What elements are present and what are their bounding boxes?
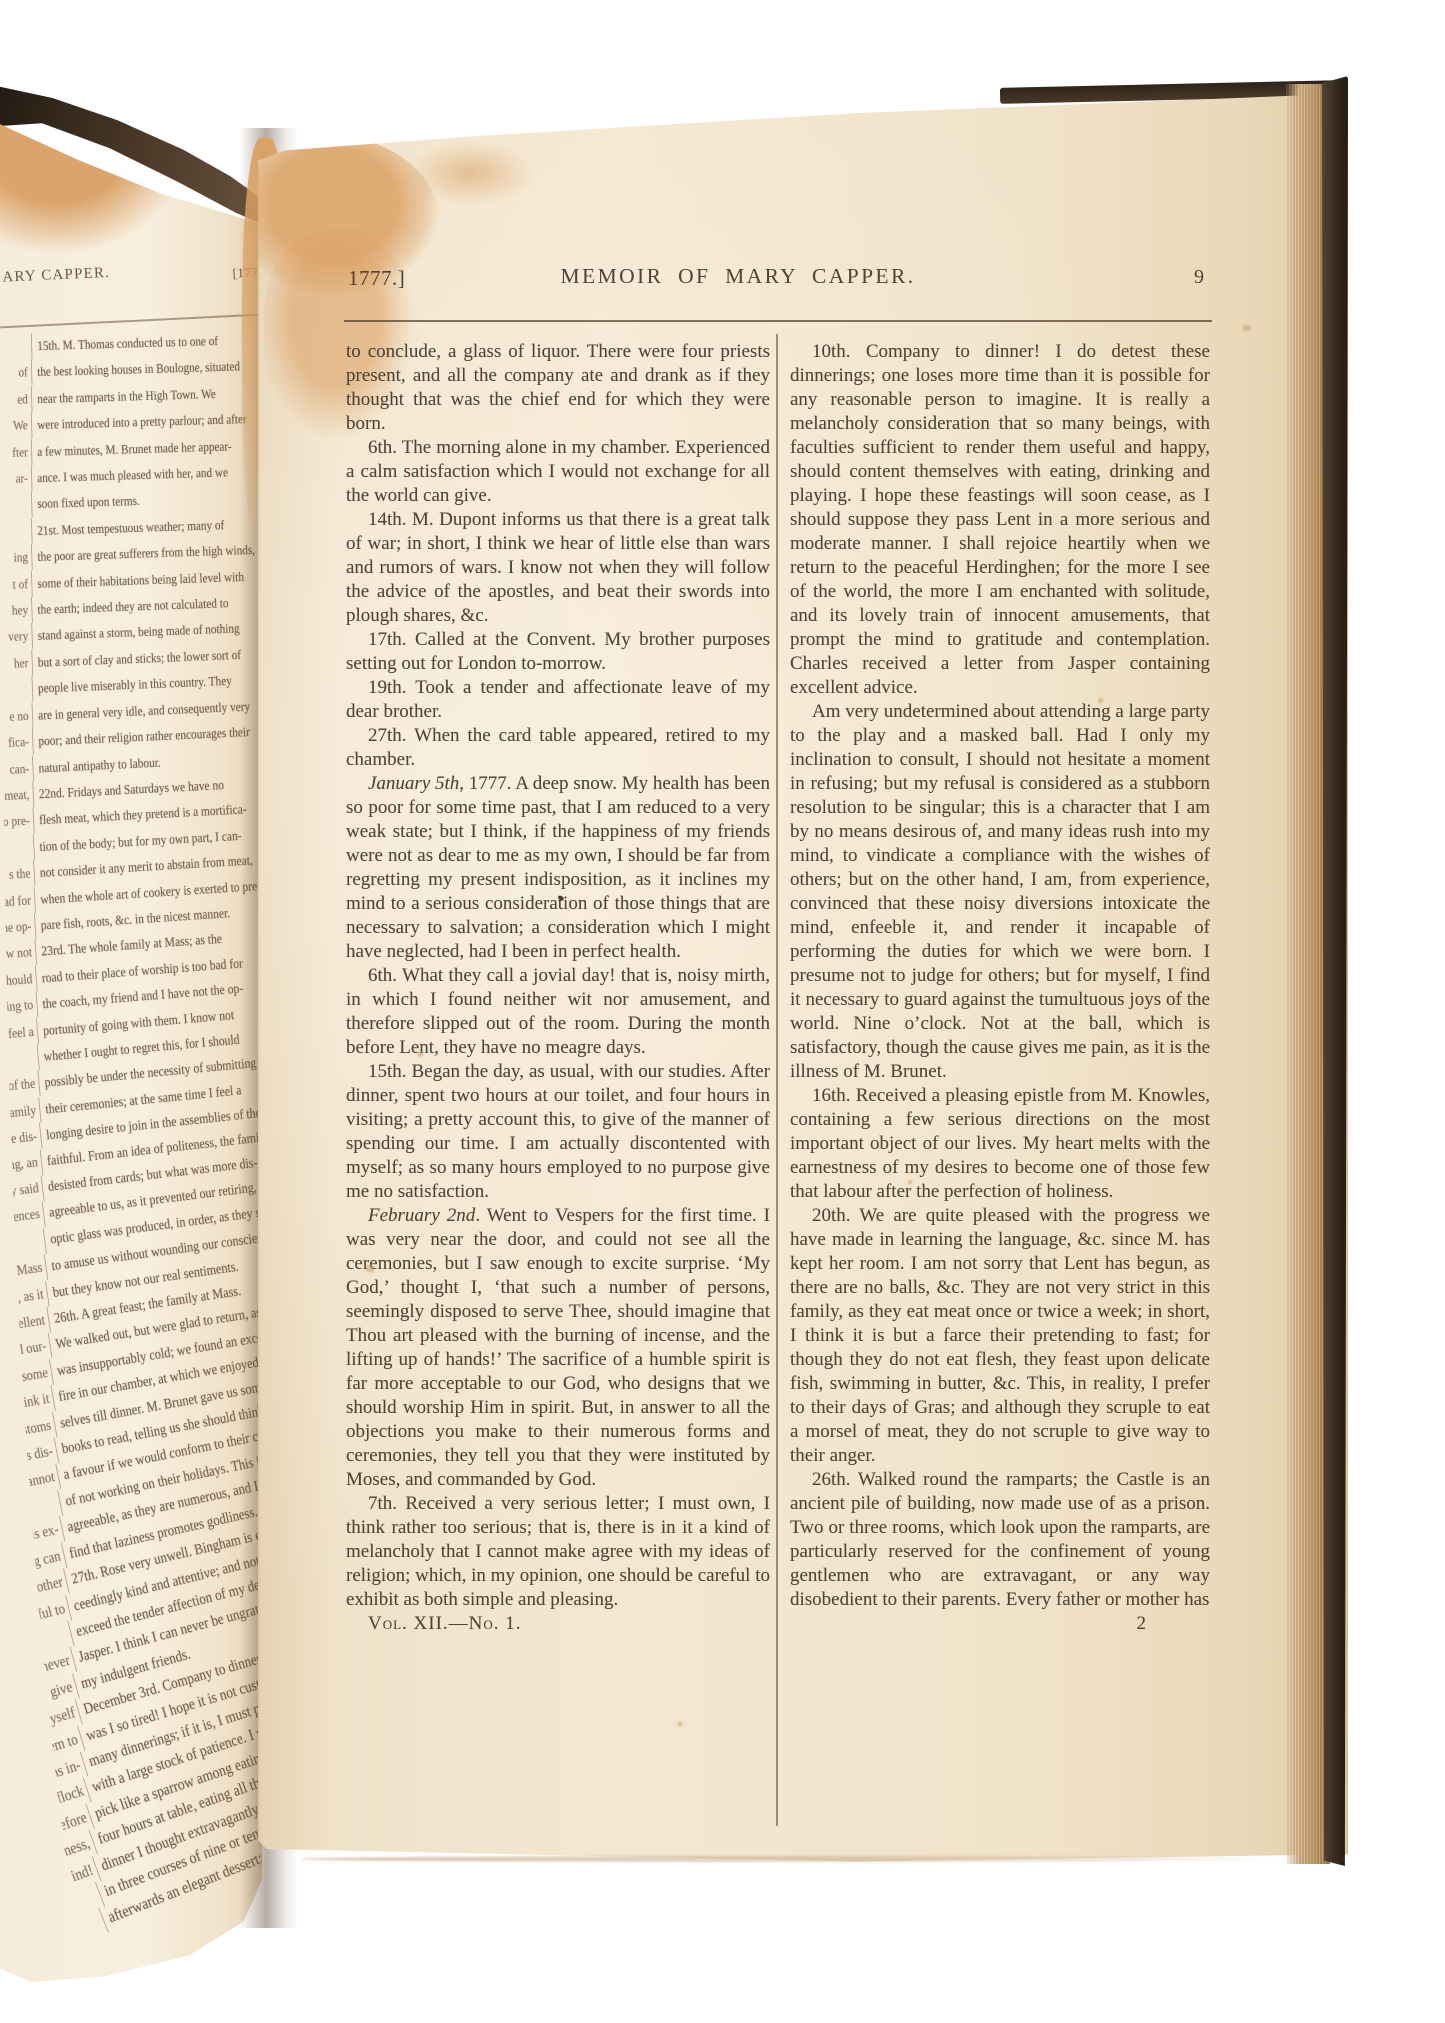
- left-column-line-fragment: of the: [8, 1071, 40, 1100]
- left-column-line-fragment: ing: [2, 544, 32, 571]
- left-column-line-fragment: re dis-: [10, 1123, 42, 1152]
- foxing-spot: [1098, 698, 1103, 703]
- text-segment: 6th. The morning alone in my chamber. Ex…: [346, 437, 770, 506]
- left-column-line-fragment: [2, 535, 31, 536]
- left-column-line-fragment: fica-: [3, 729, 33, 757]
- left-column-line-fragment: [74, 1898, 101, 1908]
- left-column-line-fragment: [16, 1244, 45, 1248]
- left-column-line-fragment: [5, 851, 34, 853]
- left-column-line-fragment: ed: [2, 386, 32, 413]
- paragraph: 20th. We are quite pleased with the prog…: [790, 1204, 1210, 1468]
- left-page-text: 15th. M. Thomas conducted us to one ofof…: [2, 334, 262, 1945]
- right-page-running-head: 1777.] MEMOIR OF MARY CAPPER. 9: [258, 90, 1348, 310]
- left-column-line-fragment: of: [2, 360, 32, 387]
- left-column-line-fragment: w not: [5, 939, 36, 967]
- paragraph: Vol. XII.—No. 1.: [346, 1612, 770, 1636]
- text-segment: 2: [1137, 1613, 1147, 1634]
- text-segment: to conclude, a glass of liquor. There we…: [346, 341, 770, 434]
- left-column-line-fragment: [78, 1925, 105, 1936]
- paragraph: 17th. Called at the Convent. My brother …: [346, 628, 770, 676]
- text-segment: 17th. Called at the Convent. My brother …: [346, 629, 770, 674]
- left-column-line-fragment: fter: [2, 439, 32, 466]
- paragraph: 6th. What they call a jovial day! that i…: [346, 964, 770, 1060]
- text-column-left: to conclude, a glass of liquor. There we…: [346, 340, 770, 1636]
- paragraph: Am very undetermined about attending a l…: [790, 700, 1210, 1084]
- left-page: ARY CAPPER. [1776. 15th. M. Thomas condu…: [0, 96, 262, 1982]
- text-segment: 6th. What they call a jovial day! that i…: [346, 965, 770, 1058]
- text-segment: 27th. When the card table appeared, reti…: [346, 725, 770, 770]
- left-column-line-fragment: feel a: [7, 1018, 38, 1047]
- paragraph: 10th. Company to dinner! I do detest the…: [790, 340, 1210, 700]
- foxing-spot: [366, 1265, 374, 1272]
- text-segment: 26th. Walked round the ramparts; the Cas…: [790, 1469, 1210, 1610]
- left-column-line-fragment: We: [2, 412, 32, 439]
- paragraph: 2: [790, 1612, 1210, 1636]
- text-segment: 19th. Took a tender and affectionate lea…: [346, 677, 770, 722]
- text-segment: January 5th: [368, 773, 459, 794]
- left-column-line-fragment: hey: [2, 597, 32, 624]
- fore-edge-board: [1322, 76, 1348, 1866]
- left-column-line-fragment: her: [2, 650, 32, 677]
- paragraph: 7th. Received a very serious letter; I m…: [346, 1492, 770, 1612]
- left-column-line-fragment: [43, 1638, 71, 1645]
- paragraph: 6th. The morning alone in my chamber. Ex…: [346, 436, 770, 508]
- left-column-line-fragment: [9, 1061, 38, 1064]
- left-column-line-fragment: t of: [2, 571, 32, 598]
- page-number: 9: [1194, 266, 1204, 289]
- text-segment: . Went to Vespers for the first time. I …: [346, 1205, 770, 1490]
- paragraph: 16th. Received a pleasing epistle from M…: [790, 1084, 1210, 1204]
- left-column-line-fragment: [2, 509, 31, 510]
- left-column-line-fragment: he op-: [5, 913, 36, 941]
- paragraph: to conclude, a glass of liquor. There we…: [346, 340, 770, 436]
- left-page-line-text: soon fixed upon terms.: [31, 488, 140, 518]
- left-column-line-fragment: meat,: [3, 781, 34, 809]
- left-column-line-fragment: tting to: [6, 992, 37, 1021]
- text-column-right: 10th. Company to dinner! I do detest the…: [790, 340, 1210, 1636]
- column-divider-rule: [776, 334, 778, 1826]
- text-segment: February 2nd: [368, 1205, 475, 1226]
- left-column-line-fragment: ar-: [2, 465, 32, 492]
- paragraph: 15th. Began the day, as usual, with our …: [346, 1060, 770, 1204]
- foxing-spot: [1006, 1528, 1011, 1533]
- paragraph: 19th. Took a tender and affectionate lea…: [346, 676, 770, 724]
- left-page-title-fragment: ARY CAPPER.: [2, 265, 110, 287]
- left-column-line-fragment: can-: [3, 755, 33, 783]
- left-page-header-rule: [0, 314, 262, 328]
- paragraph: 27th. When the card table appeared, reti…: [346, 724, 770, 772]
- left-column-line-fragment: at Mass: [15, 1254, 48, 1284]
- paragraph: January 5th, 1777. A deep snow. My healt…: [346, 772, 770, 964]
- left-column-line-fragment: iences: [13, 1202, 45, 1232]
- text-segment: 14th. M. Dupont informs us that there is…: [346, 509, 770, 626]
- text-segment: Am very undetermined about attending a l…: [790, 701, 1210, 1082]
- paragraph: 14th. M. Dupont informs us that there is…: [346, 508, 770, 628]
- left-column-line-fragment: ring, an: [11, 1149, 43, 1178]
- left-column-line-fragment: e no: [2, 702, 32, 730]
- left-column-line-fragment: [3, 693, 32, 694]
- left-column-line-fragment: s the: [4, 860, 35, 888]
- right-page: 1777.] MEMOIR OF MARY CAPPER. 9 to concl…: [258, 90, 1348, 1865]
- text-segment: , 1777. A deep snow. My health has been …: [346, 773, 770, 962]
- text-segment: 7th. Received a very serious letter; I m…: [346, 1493, 770, 1610]
- left-column-line-fragment: family: [9, 1097, 41, 1126]
- foxing-spot: [418, 1052, 423, 1057]
- left-column-line-fragment: [32, 1507, 61, 1513]
- page-year: 1777.]: [348, 266, 405, 291]
- foxing-spot: [908, 1180, 912, 1184]
- left-column-line-fragment: [2, 350, 31, 351]
- page-title: MEMOIR OF MARY CAPPER.: [458, 264, 1018, 289]
- text-segment: 15th. Began the day, as usual, with our …: [346, 1061, 770, 1202]
- paragraph: February 2nd. Went to Vespers for the fi…: [346, 1204, 770, 1492]
- left-column-line-fragment: should: [6, 966, 37, 995]
- paragraph: 26th. Walked round the ramparts; the Cas…: [790, 1468, 1210, 1612]
- header-rule: [344, 320, 1212, 322]
- foxing-spot: [1243, 325, 1250, 331]
- text-segment: 20th. We are quite pleased with the prog…: [790, 1205, 1210, 1466]
- left-column-line-fragment: o pre-: [3, 808, 34, 836]
- left-column-line-fragment: ad for: [4, 887, 35, 915]
- page-bottom-edge-shadow: [300, 1856, 1300, 1862]
- left-column-line-fragment: very: [2, 623, 32, 650]
- book-photo: ARY CAPPER. [1776. 15th. M. Thomas condu…: [0, 0, 1445, 2023]
- text-segment: 10th. Company to dinner! I do detest the…: [790, 341, 1210, 698]
- text-segment: 16th. Received a pleasing epistle from M…: [790, 1085, 1210, 1202]
- foxing-spot: [678, 1722, 682, 1726]
- text-segment: Vol. XII.—No. 1.: [368, 1613, 522, 1634]
